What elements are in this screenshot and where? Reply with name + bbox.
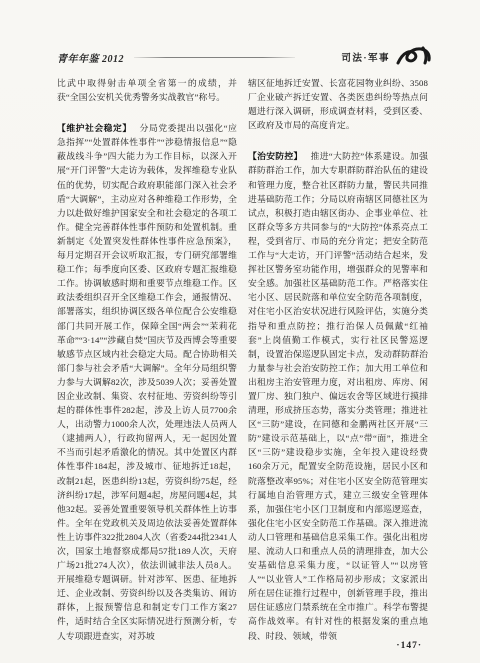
right-column: 辖区征地拆迁安置、长富花园物业纠纷、3508厂企业破产拆迁安置、各类医患纠纷等热…: [248, 76, 428, 644]
page-number: ·147·: [396, 641, 422, 651]
entry-social-stability: 【维护社会稳定】分局党委提出以强化“应急指挥”“处置群体性事件”“涉稳情报信息”…: [57, 121, 237, 642]
section-label: 司法·军事: [341, 50, 390, 64]
left-column: 比武中取得射击单项全省第一的成绩，并获“全国公安机关优秀警务实战教官”称号。 【…: [57, 76, 237, 644]
carryover-paragraph: 比武中取得射击单项全省第一的成绩，并获“全国公安机关优秀警务实战教官”称号。: [57, 76, 237, 104]
flourish-icon: [396, 43, 432, 71]
journal-title: 青年年鉴 2012: [57, 50, 124, 65]
entry-title: 【治安防控】: [248, 151, 303, 161]
entry-public-security: 【治安防控】推进“大防控”体系建设。加强群防群治工作，加大专职群防群治队伍的建设…: [248, 149, 428, 642]
text-columns: 比武中取得射击单项全省第一的成绩，并获“全国公安机关优秀警务实战教官”称号。 【…: [57, 76, 429, 644]
entry-body: 推进“大防控”体系建设。加强群防群治工作，加大专职群防群治队伍的建设和管理力度，…: [248, 151, 428, 640]
document-page: 青年年鉴 2012 司法·军事 比武中取得射击单项全省第一的成绩，并获“全国公安…: [0, 0, 480, 663]
entry-title: 【维护社会稳定】: [57, 123, 132, 133]
entry-body: 分局党委提出以强化“应急指挥”“处置群体性事件”“涉稳情报信息”“隐蔽战线斗争”…: [57, 123, 237, 640]
page-header: 青年年鉴 2012 司法·军事: [57, 44, 432, 70]
carryover-paragraph: 辖区征地拆迁安置、长富花园物业纠纷、3508厂企业破产拆迁安置、各类医患纠纷等热…: [248, 76, 428, 132]
header-rule: [134, 57, 295, 58]
